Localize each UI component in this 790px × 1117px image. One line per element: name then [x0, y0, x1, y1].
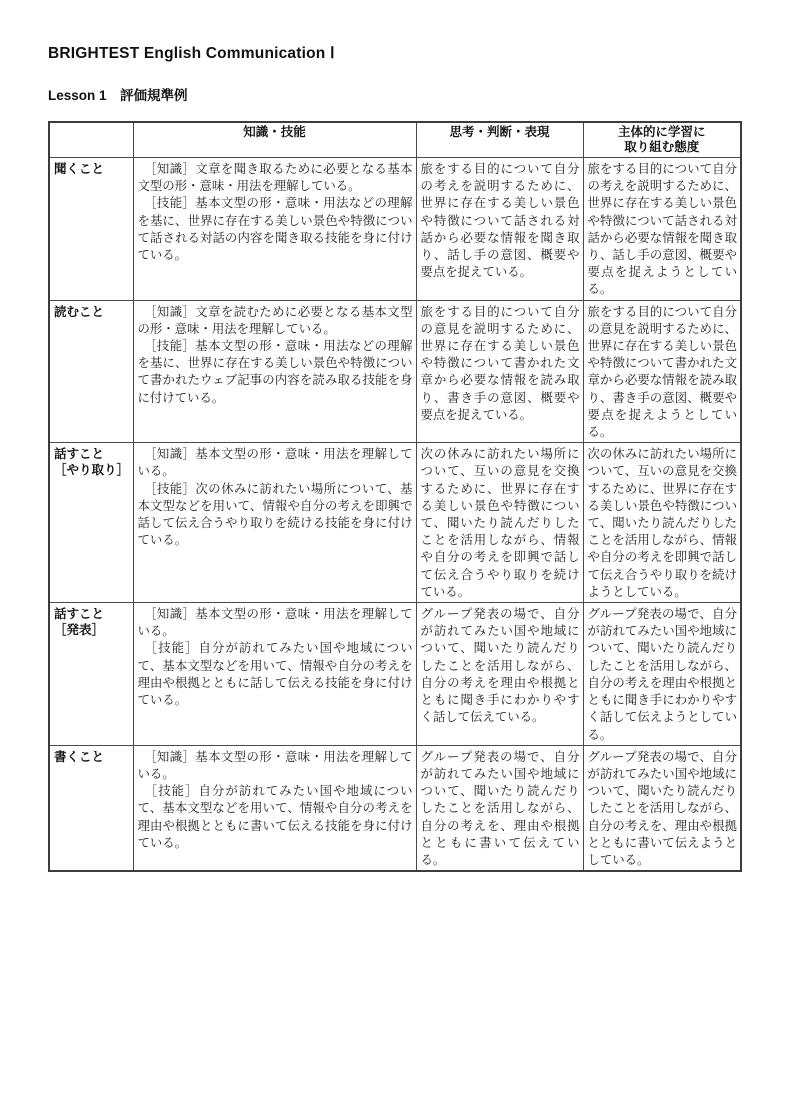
- table-row-speaking-presentation: 話すこと ［発表］ ［知識］基本文型の形・意味・用法を理解している。 ［技能］自…: [49, 603, 741, 746]
- table-row-listening: 聞くこと ［知識］文章を聞き取るために必要となる基本文型の形・意味・用法を理解し…: [49, 158, 741, 301]
- cell-speaking-presentation-attitude: グループ発表の場で、自分が訪れてみたい国や地域について、聞いたり読んだりしたこと…: [583, 603, 741, 746]
- cell-writing-knowledge: ［知識］基本文型の形・意味・用法を理解している。 ［技能］自分が訪れてみたい国や…: [133, 745, 416, 871]
- corner-cell: [49, 122, 133, 158]
- cell-listening-thinking: 旅をする目的について自分の考えを説明するために、世界に存在する美しい景色や特徴に…: [416, 158, 583, 301]
- cell-speaking-presentation-thinking: グループ発表の場で、自分が訪れてみたい国や地域について、聞いたり読んだりしたこと…: [416, 603, 583, 746]
- table-row-reading: 読むこと ［知識］文章を読むために必要となる基本文型の形・意味・用法を理解してい…: [49, 300, 741, 443]
- cell-writing-attitude: グループ発表の場で、自分が訪れてみたい国や地域について、聞いたり読んだりしたこと…: [583, 745, 741, 871]
- row-label-listening: 聞くこと: [49, 158, 133, 301]
- document-title: BRIGHTEST English Communication Ⅰ: [48, 44, 741, 63]
- row-label-speaking-presentation: 話すこと ［発表］: [49, 603, 133, 746]
- table-row-speaking-interaction: 話すこと ［やり取り］ ［知識］基本文型の形・意味・用法を理解している。 ［技能…: [49, 443, 741, 603]
- cell-listening-knowledge: ［知識］文章を聞き取るために必要となる基本文型の形・意味・用法を理解している。 …: [133, 158, 416, 301]
- column-header-attitude: 主体的に学習に 取り組む態度: [583, 122, 741, 158]
- cell-speaking-interaction-thinking: 次の休みに訪れたい場所について、互いの意見を交換するために、世界に存在する美しい…: [416, 443, 583, 603]
- lesson-subtitle: Lesson 1 評価規準例: [48, 84, 741, 104]
- table-header-row: 知識・技能 思考・判断・表現 主体的に学習に 取り組む態度: [49, 122, 741, 158]
- document-page: BRIGHTEST English Communication Ⅰ Lesson…: [0, 0, 790, 1117]
- cell-speaking-interaction-knowledge: ［知識］基本文型の形・意味・用法を理解している。 ［技能］次の休みに訪れたい場所…: [133, 443, 416, 603]
- row-label-speaking-interaction: 話すこと ［やり取り］: [49, 443, 133, 603]
- cell-speaking-presentation-knowledge: ［知識］基本文型の形・意味・用法を理解している。 ［技能］自分が訪れてみたい国や…: [133, 603, 416, 746]
- assessment-rubric-table: 知識・技能 思考・判断・表現 主体的に学習に 取り組む態度 聞くこと ［知識］文…: [48, 121, 742, 872]
- column-header-knowledge-skills: 知識・技能: [133, 122, 416, 158]
- row-label-reading: 読むこと: [49, 300, 133, 443]
- cell-reading-knowledge: ［知識］文章を読むために必要となる基本文型の形・意味・用法を理解している。 ［技…: [133, 300, 416, 443]
- cell-speaking-interaction-attitude: 次の休みに訪れたい場所について、互いの意見を交換するために、世界に存在する美しい…: [583, 443, 741, 603]
- column-header-thinking-judgment-expression: 思考・判断・表現: [416, 122, 583, 158]
- cell-writing-thinking: グループ発表の場で、自分が訪れてみたい国や地域について、聞いたり読んだりしたこと…: [416, 745, 583, 871]
- cell-reading-attitude: 旅をする目的について自分の意見を説明するために、世界に存在する美しい景色や特徴に…: [583, 300, 741, 443]
- cell-reading-thinking: 旅をする目的について自分の意見を説明するために、世界に存在する美しい景色や特徴に…: [416, 300, 583, 443]
- row-label-writing: 書くこと: [49, 745, 133, 871]
- table-row-writing: 書くこと ［知識］基本文型の形・意味・用法を理解している。 ［技能］自分が訪れて…: [49, 745, 741, 871]
- cell-listening-attitude: 旅をする目的について自分の考えを説明するために、世界に存在する美しい景色や特徴に…: [583, 158, 741, 301]
